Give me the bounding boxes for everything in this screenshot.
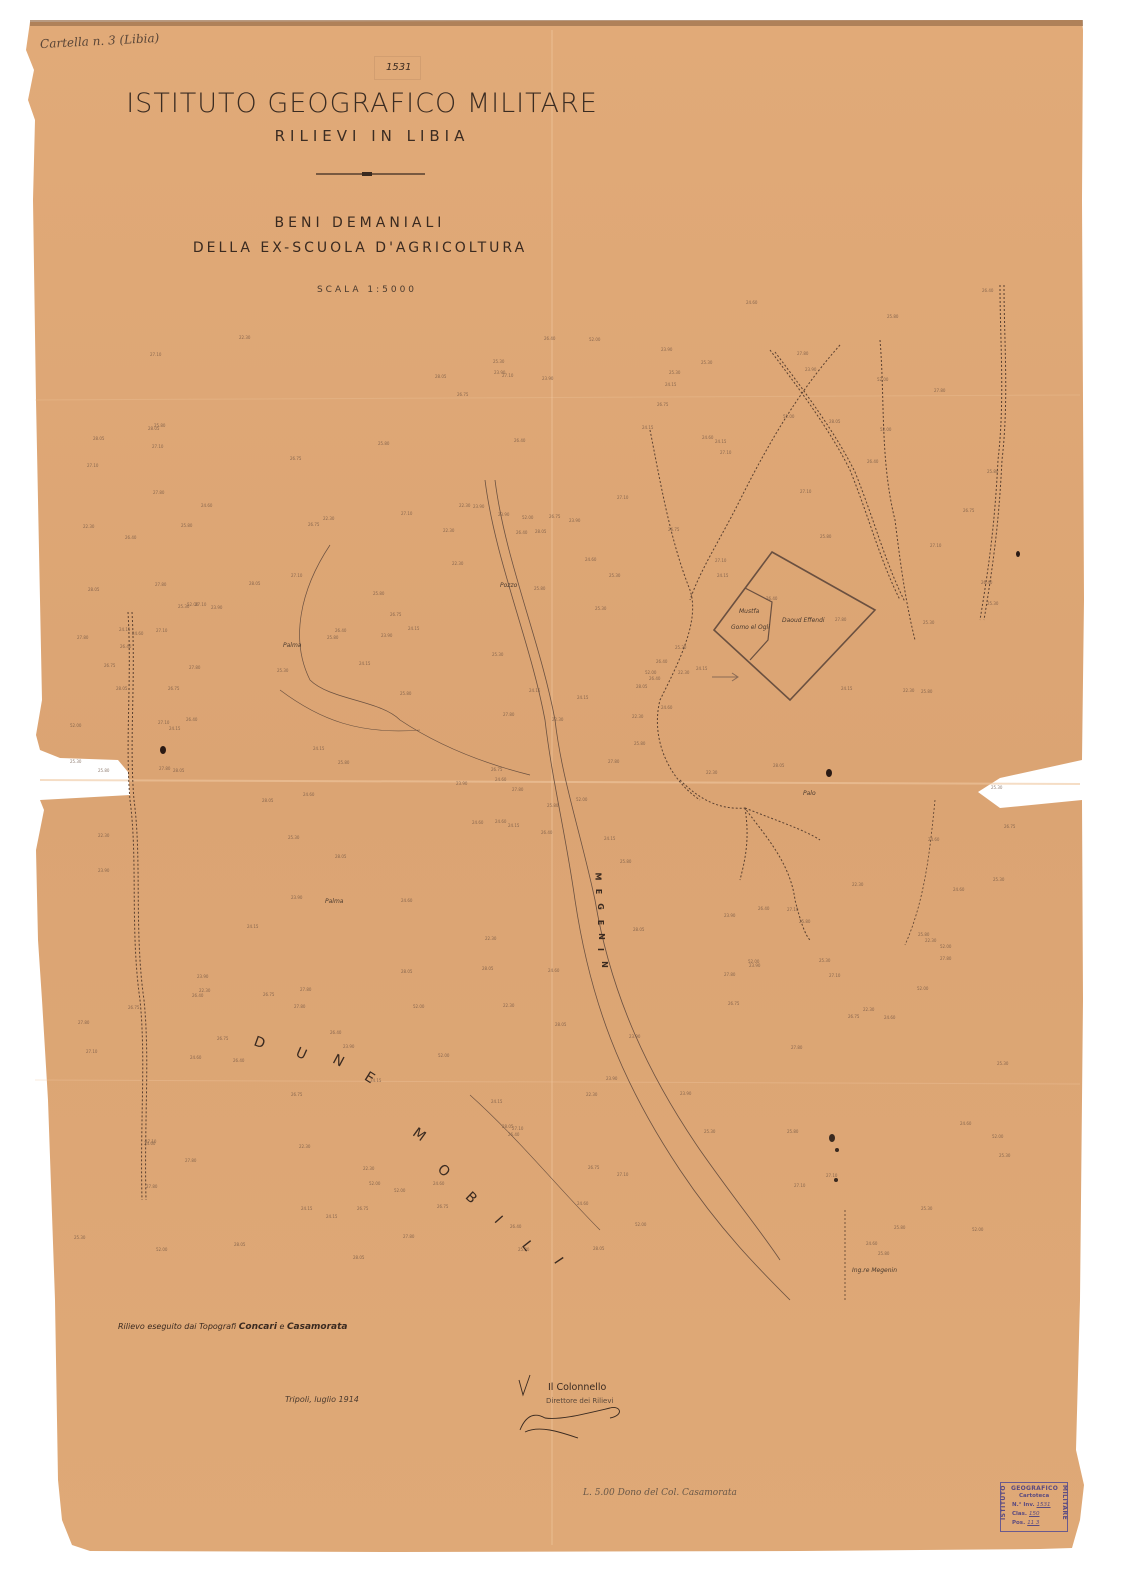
svg-text:27.10: 27.10: [829, 973, 841, 978]
svg-text:25.30: 25.30: [923, 620, 935, 625]
svg-text:23.90: 23.90: [494, 370, 506, 375]
svg-text:24.15: 24.15: [491, 1099, 503, 1104]
svg-text:26.75: 26.75: [457, 392, 469, 397]
svg-text:26.75: 26.75: [668, 527, 680, 532]
svg-text:27.10: 27.10: [195, 602, 207, 607]
svg-text:27.80: 27.80: [934, 388, 946, 393]
svg-text:26.40: 26.40: [516, 530, 528, 535]
svg-text:22.30: 22.30: [632, 714, 644, 719]
svg-text:24.60: 24.60: [144, 1141, 156, 1146]
svg-text:25.80: 25.80: [894, 1225, 906, 1230]
svg-text:24.60: 24.60: [472, 820, 484, 825]
svg-text:24.60: 24.60: [495, 819, 507, 824]
stamp-section: Cartoteca: [1019, 1493, 1049, 1499]
svg-text:25.30: 25.30: [987, 601, 999, 606]
svg-text:28.05: 28.05: [88, 587, 100, 592]
svg-text:22.30: 22.30: [503, 1003, 515, 1008]
svg-text:28.05: 28.05: [93, 436, 105, 441]
sheet-number: 1531: [386, 62, 411, 73]
svg-text:25.30: 25.30: [288, 835, 300, 840]
svg-text:28.05: 28.05: [249, 581, 261, 586]
svg-text:25.30: 25.30: [595, 606, 607, 611]
svg-text:52.00: 52.00: [877, 377, 889, 382]
svg-text:27.80: 27.80: [791, 1045, 803, 1050]
svg-text:52.00: 52.00: [940, 944, 952, 949]
svg-text:25.80: 25.80: [534, 586, 546, 591]
svg-text:25.80: 25.80: [878, 1251, 890, 1256]
svg-text:24.60: 24.60: [866, 1241, 878, 1246]
svg-text:24.15: 24.15: [841, 686, 853, 691]
svg-text:28.05: 28.05: [593, 1246, 605, 1251]
svg-text:24.15: 24.15: [508, 823, 520, 828]
svg-text:24.15: 24.15: [169, 726, 181, 731]
svg-text:27.10: 27.10: [826, 1173, 838, 1178]
archive-stamp: ISTITUTO MILITARE GEOGRAFICO Cartoteca N…: [1000, 1482, 1068, 1532]
svg-text:23.90: 23.90: [197, 974, 209, 979]
svg-text:28.05: 28.05: [148, 426, 160, 431]
svg-text:25.30: 25.30: [669, 370, 681, 375]
svg-text:26.40: 26.40: [867, 459, 879, 464]
svg-text:52.00: 52.00: [880, 427, 892, 432]
svg-text:27.80: 27.80: [835, 617, 847, 622]
svg-text:52.00: 52.00: [438, 1053, 450, 1058]
svg-text:25.30: 25.30: [675, 645, 687, 650]
svg-text:27.80: 27.80: [503, 712, 515, 717]
approver-role: Direttore dei Rilievi: [546, 1397, 613, 1405]
svg-text:24.60: 24.60: [953, 887, 965, 892]
svg-text:27.10: 27.10: [617, 495, 629, 500]
svg-text:24.15: 24.15: [604, 836, 616, 841]
series-subtitle: RILIEVI IN LIBIA: [275, 127, 470, 145]
svg-text:25.80: 25.80: [547, 803, 559, 808]
institute-title: ISTITUTO GEOGRAFICO MILITARE: [126, 88, 598, 119]
svg-text:27.10: 27.10: [787, 907, 799, 912]
svg-text:24.60: 24.60: [928, 837, 940, 842]
svg-text:25.30: 25.30: [704, 1129, 716, 1134]
svg-text:26.40: 26.40: [514, 438, 526, 443]
svg-text:52.00: 52.00: [972, 1227, 984, 1232]
svg-text:28.05: 28.05: [116, 686, 128, 691]
svg-text:28.05: 28.05: [173, 768, 185, 773]
svg-text:23.90: 23.90: [98, 868, 110, 873]
svg-text:24.15: 24.15: [301, 1206, 313, 1211]
svg-text:26.40: 26.40: [981, 580, 993, 585]
svg-text:26.75: 26.75: [848, 1014, 860, 1019]
svg-text:25.30: 25.30: [921, 1206, 933, 1211]
svg-text:24.15: 24.15: [715, 439, 727, 444]
svg-text:25.30: 25.30: [991, 785, 1003, 790]
svg-text:26.75: 26.75: [491, 767, 503, 772]
river-letter: N: [600, 961, 609, 968]
svg-text:27.80: 27.80: [159, 766, 171, 771]
svg-text:28.05: 28.05: [262, 798, 274, 803]
svg-text:28.05: 28.05: [829, 419, 841, 424]
svg-text:23.90: 23.90: [606, 1076, 618, 1081]
svg-text:25.30: 25.30: [609, 573, 621, 578]
svg-text:28.05: 28.05: [482, 966, 494, 971]
svg-text:28.05: 28.05: [401, 969, 413, 974]
svg-text:27.10: 27.10: [401, 511, 413, 516]
price-note: L. 5.00 Dono del Col. Casamorata: [583, 1488, 737, 1498]
svg-text:25.80: 25.80: [799, 919, 811, 924]
svg-text:25.30: 25.30: [819, 958, 831, 963]
svg-text:27.80: 27.80: [155, 582, 167, 587]
svg-text:26.75: 26.75: [168, 686, 180, 691]
svg-text:25.30: 25.30: [997, 1061, 1009, 1066]
svg-text:24.15: 24.15: [577, 695, 589, 700]
svg-text:26.75: 26.75: [308, 522, 320, 527]
svg-text:27.80: 27.80: [185, 1158, 197, 1163]
svg-text:27.80: 27.80: [724, 972, 736, 977]
svg-text:26.40: 26.40: [758, 906, 770, 911]
stamp-row-inv: N.° Inv.1531: [1012, 1502, 1051, 1508]
svg-text:28.05: 28.05: [773, 763, 785, 768]
svg-text:25.80: 25.80: [98, 768, 110, 773]
svg-text:25.80: 25.80: [887, 314, 899, 319]
svg-text:24.15: 24.15: [642, 425, 654, 430]
svg-text:24.15: 24.15: [359, 661, 371, 666]
surveyor-1: Concari: [239, 1322, 277, 1332]
parcel-label-daoud: Daoud Effendi: [782, 617, 825, 624]
svg-text:26.40: 26.40: [510, 1224, 522, 1229]
svg-text:22.30: 22.30: [98, 833, 110, 838]
svg-text:23.90: 23.90: [569, 518, 581, 523]
svg-text:25.30: 25.30: [178, 604, 190, 609]
svg-text:27.80: 27.80: [940, 956, 952, 961]
svg-text:52.00: 52.00: [917, 986, 929, 991]
svg-text:23.90: 23.90: [381, 633, 393, 638]
svg-text:26.40: 26.40: [982, 288, 994, 293]
river-letter: N: [597, 933, 606, 940]
svg-text:23.90: 23.90: [680, 1091, 692, 1096]
svg-text:28.05: 28.05: [535, 529, 547, 534]
svg-text:25.80: 25.80: [987, 469, 999, 474]
svg-text:23.90: 23.90: [542, 376, 554, 381]
svg-text:22.30: 22.30: [925, 938, 937, 943]
svg-text:22.30: 22.30: [83, 524, 95, 529]
svg-text:27.80: 27.80: [78, 1020, 90, 1025]
map-scale: SCALA 1:5000: [317, 285, 417, 295]
svg-text:24.60: 24.60: [132, 631, 144, 636]
svg-text:52.00: 52.00: [992, 1134, 1004, 1139]
svg-text:26.40: 26.40: [649, 676, 661, 681]
svg-text:22.30: 22.30: [852, 882, 864, 887]
svg-text:27.10: 27.10: [150, 352, 162, 357]
map-title-line2: DELLA EX-SCUOLA D'AGRICOLTURA: [193, 240, 527, 256]
feature-label-megenin: Ing.re Megenin: [852, 1267, 897, 1274]
svg-text:22.30: 22.30: [363, 1166, 375, 1171]
svg-text:28.05: 28.05: [353, 1255, 365, 1260]
svg-text:26.40: 26.40: [186, 717, 198, 722]
svg-text:23.90: 23.90: [724, 913, 736, 918]
river-letter: G: [596, 903, 605, 910]
svg-text:26.75: 26.75: [588, 1165, 600, 1170]
svg-text:52.00: 52.00: [369, 1181, 381, 1186]
svg-text:22.30: 22.30: [323, 516, 335, 521]
svg-text:26.75: 26.75: [390, 612, 402, 617]
svg-text:25.30: 25.30: [493, 359, 505, 364]
svg-text:24.60: 24.60: [433, 1181, 445, 1186]
svg-text:27.10: 27.10: [800, 489, 812, 494]
svg-text:26.75: 26.75: [291, 1092, 303, 1097]
svg-text:26.75: 26.75: [217, 1036, 229, 1041]
parcel-label-gomo: Gomo el Ogli: [731, 624, 770, 631]
svg-text:26.75: 26.75: [437, 1204, 449, 1209]
svg-text:26.40: 26.40: [656, 659, 668, 664]
svg-text:23.90: 23.90: [456, 781, 468, 786]
svg-text:25.80: 25.80: [787, 1129, 799, 1134]
svg-text:28.05: 28.05: [555, 1022, 567, 1027]
svg-text:26.40: 26.40: [330, 1030, 342, 1035]
svg-text:25.30: 25.30: [999, 1153, 1011, 1158]
svg-text:27.80: 27.80: [77, 635, 89, 640]
svg-text:27.80: 27.80: [153, 490, 165, 495]
parcel-label-mustfa: Mustfa: [739, 608, 759, 615]
svg-text:22.30: 22.30: [706, 770, 718, 775]
svg-text:25.30: 25.30: [277, 668, 289, 673]
svg-text:26.75: 26.75: [128, 1005, 140, 1010]
river-letter: E: [596, 920, 605, 925]
svg-text:26.40: 26.40: [544, 336, 556, 341]
svg-text:22.30: 22.30: [239, 335, 251, 340]
svg-text:28.05: 28.05: [335, 854, 347, 859]
svg-text:26.75: 26.75: [963, 508, 975, 513]
svg-text:26.75: 26.75: [104, 663, 116, 668]
svg-text:25.80: 25.80: [400, 691, 412, 696]
svg-text:27.10: 27.10: [715, 558, 727, 563]
svg-text:25.30: 25.30: [993, 877, 1005, 882]
river-letter: E: [594, 889, 603, 894]
svg-text:25.80: 25.80: [620, 859, 632, 864]
svg-text:26.40: 26.40: [233, 1058, 245, 1063]
svg-text:26.40: 26.40: [541, 830, 553, 835]
svg-text:25.80: 25.80: [820, 534, 832, 539]
svg-text:24.60: 24.60: [577, 1201, 589, 1206]
svg-text:28.05: 28.05: [633, 927, 645, 932]
svg-text:52.00: 52.00: [70, 723, 82, 728]
svg-text:25.30: 25.30: [74, 1235, 86, 1240]
surveyor-2: Casamorata: [287, 1322, 348, 1332]
svg-text:52.00: 52.00: [156, 1247, 168, 1252]
svg-text:24.15: 24.15: [529, 688, 541, 693]
svg-text:25.80: 25.80: [634, 741, 646, 746]
map-canvas: 26.4025.8024.6027.1028.0523.9025.3026.75…: [0, 0, 1125, 1581]
feature-label-palma: Palma: [283, 642, 301, 649]
svg-text:24.15: 24.15: [717, 573, 729, 578]
svg-text:27.80: 27.80: [403, 1234, 415, 1239]
svg-text:24.60: 24.60: [661, 705, 673, 710]
svg-text:22.30: 22.30: [678, 670, 690, 675]
svg-text:26.75: 26.75: [290, 456, 302, 461]
svg-text:27.10: 27.10: [291, 573, 303, 578]
svg-text:23.90: 23.90: [291, 895, 303, 900]
map-sheet: 26.4025.8024.6027.1028.0523.9025.3026.75…: [0, 0, 1125, 1581]
svg-text:24.15: 24.15: [408, 626, 420, 631]
feature-label-palo: Palo: [803, 790, 816, 797]
svg-text:26.75: 26.75: [1004, 824, 1016, 829]
svg-text:52.00: 52.00: [783, 414, 795, 419]
svg-text:24.60: 24.60: [201, 503, 213, 508]
svg-text:26.40: 26.40: [508, 1132, 520, 1137]
svg-text:26.75: 26.75: [357, 1206, 369, 1211]
approver-title: Il Colonnello: [548, 1382, 606, 1393]
svg-text:25.30: 25.30: [701, 360, 713, 365]
svg-text:22.30: 22.30: [586, 1092, 598, 1097]
map-title-line1: BENI DEMANIALI: [275, 215, 446, 231]
svg-text:27.10: 27.10: [617, 1172, 629, 1177]
svg-text:22.30: 22.30: [452, 561, 464, 566]
svg-text:26.75: 26.75: [728, 1001, 740, 1006]
svg-text:25.80: 25.80: [181, 523, 193, 528]
stamp-row-pos: Pos.11 3: [1012, 1520, 1039, 1526]
svg-text:24.15: 24.15: [247, 924, 259, 929]
svg-text:22.30: 22.30: [459, 503, 471, 508]
survey-credit-prefix: Rilievo eseguito dai Topografi: [118, 1322, 236, 1331]
svg-text:26.40: 26.40: [766, 596, 778, 601]
svg-text:27.10: 27.10: [720, 450, 732, 455]
stamp-side-left: ISTITUTO: [1000, 1485, 1007, 1520]
svg-text:24.15: 24.15: [665, 382, 677, 387]
svg-text:52.00: 52.00: [645, 670, 657, 675]
svg-text:24.60: 24.60: [746, 300, 758, 305]
place-date: Tripoli, luglio 1914: [285, 1395, 359, 1404]
svg-text:23.90: 23.90: [629, 1034, 641, 1039]
svg-text:27.10: 27.10: [794, 1183, 806, 1188]
svg-text:25.30: 25.30: [492, 652, 504, 657]
svg-text:22.30: 22.30: [199, 988, 211, 993]
svg-text:28.05: 28.05: [636, 684, 648, 689]
svg-text:27.10: 27.10: [158, 720, 170, 725]
svg-text:23.90: 23.90: [498, 512, 510, 517]
svg-text:52.00: 52.00: [748, 959, 760, 964]
svg-text:22.30: 22.30: [485, 936, 497, 941]
svg-text:24.60: 24.60: [495, 777, 507, 782]
svg-text:27.80: 27.80: [294, 1004, 306, 1009]
svg-text:23.90: 23.90: [805, 367, 817, 372]
svg-text:25.80: 25.80: [327, 635, 339, 640]
svg-text:25.80: 25.80: [378, 441, 390, 446]
svg-text:24.60: 24.60: [884, 1015, 896, 1020]
svg-text:23.90: 23.90: [211, 605, 223, 610]
conjunction: e: [279, 1322, 284, 1331]
svg-text:27.80: 27.80: [797, 351, 809, 356]
svg-text:27.10: 27.10: [512, 1126, 524, 1131]
svg-text:26.40: 26.40: [120, 644, 132, 649]
survey-credit: Rilievo eseguito dai Topografi Concari e…: [118, 1322, 348, 1332]
svg-text:26.40: 26.40: [125, 535, 137, 540]
svg-text:26.40: 26.40: [335, 628, 347, 633]
svg-text:22.30: 22.30: [863, 1007, 875, 1012]
svg-text:26.40: 26.40: [192, 993, 204, 998]
svg-text:24.60: 24.60: [190, 1055, 202, 1060]
feature-label-palma-2: Palma: [325, 898, 343, 905]
svg-text:22.30: 22.30: [443, 528, 455, 533]
svg-text:23.90: 23.90: [473, 504, 485, 509]
river-letter: I: [596, 948, 605, 951]
svg-text:22.30: 22.30: [299, 1144, 311, 1149]
svg-text:24.60: 24.60: [585, 557, 597, 562]
svg-text:22.30: 22.30: [552, 717, 564, 722]
svg-text:52.00: 52.00: [394, 1188, 406, 1193]
stamp-side-right: MILITARE: [1061, 1485, 1068, 1520]
svg-text:52.00: 52.00: [522, 515, 534, 520]
svg-text:52.00: 52.00: [413, 1004, 425, 1009]
svg-text:27.10: 27.10: [86, 1049, 98, 1054]
svg-text:24.15: 24.15: [313, 746, 325, 751]
svg-text:27.80: 27.80: [512, 787, 524, 792]
svg-text:24.60: 24.60: [548, 968, 560, 973]
svg-text:24.60: 24.60: [401, 898, 413, 903]
svg-text:26.75: 26.75: [263, 992, 275, 997]
svg-text:23.90: 23.90: [343, 1044, 355, 1049]
svg-text:27.80: 27.80: [146, 1184, 158, 1189]
svg-text:27.10: 27.10: [152, 444, 164, 449]
svg-text:24.15: 24.15: [326, 1214, 338, 1219]
svg-text:26.75: 26.75: [549, 514, 561, 519]
svg-text:52.00: 52.00: [589, 337, 601, 342]
svg-text:24.60: 24.60: [303, 792, 315, 797]
svg-text:25.30: 25.30: [70, 759, 82, 764]
stamp-row-clas: Clas.150: [1012, 1511, 1040, 1517]
svg-text:28.05: 28.05: [435, 374, 447, 379]
svg-text:24.60: 24.60: [960, 1121, 972, 1126]
svg-text:24.15: 24.15: [119, 627, 131, 632]
svg-text:24.15: 24.15: [696, 666, 708, 671]
svg-text:27.10: 27.10: [156, 628, 168, 633]
svg-text:26.75: 26.75: [657, 402, 669, 407]
svg-text:52.00: 52.00: [635, 1222, 647, 1227]
svg-text:25.80: 25.80: [373, 591, 385, 596]
svg-text:22.30: 22.30: [903, 688, 915, 693]
svg-text:27.80: 27.80: [608, 759, 620, 764]
svg-text:25.80: 25.80: [918, 932, 930, 937]
svg-text:27.80: 27.80: [189, 665, 201, 670]
svg-text:25.80: 25.80: [338, 760, 350, 765]
svg-text:52.00: 52.00: [576, 797, 588, 802]
svg-text:23.90: 23.90: [661, 347, 673, 352]
svg-text:27.80: 27.80: [300, 987, 312, 992]
river-letter: M: [593, 873, 602, 881]
svg-text:25.80: 25.80: [921, 689, 933, 694]
svg-text:27.10: 27.10: [930, 543, 942, 548]
svg-text:28.05: 28.05: [234, 1242, 246, 1247]
svg-text:24.60: 24.60: [702, 435, 714, 440]
stamp-header: GEOGRAFICO: [1011, 1485, 1058, 1492]
feature-label-pozzo: Pozzo: [500, 582, 517, 589]
svg-text:27.10: 27.10: [87, 463, 99, 468]
